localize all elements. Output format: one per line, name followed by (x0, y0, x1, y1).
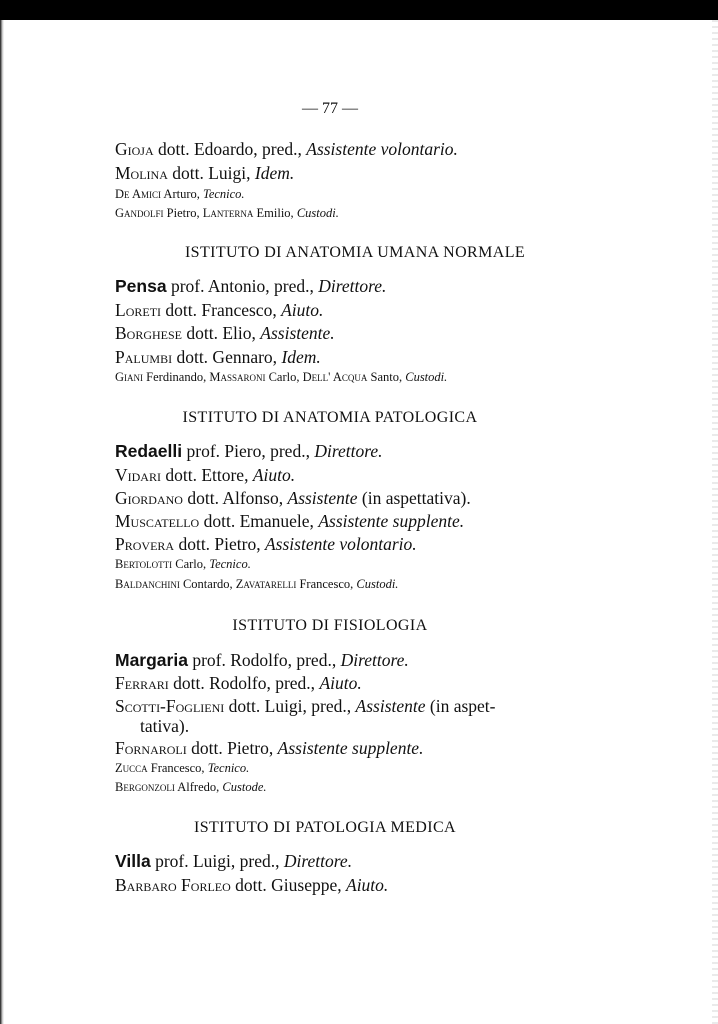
scan-right-edge (712, 20, 718, 1024)
role: Assistente volontario. (306, 139, 458, 159)
role: Assistente (288, 488, 358, 508)
entry-text: prof. Luigi, pred., (151, 851, 284, 871)
entry-text: dott. Francesco, (161, 300, 281, 320)
role: Direttore. (284, 851, 352, 871)
surname: Zucca (115, 761, 148, 775)
role: Custodi. (405, 370, 447, 384)
surname: Scotti-Foglieni (115, 696, 224, 716)
surname: Massaroni (209, 370, 265, 384)
entry-line: Ferrari dott. Rodolfo, pred., Aiuto. (115, 673, 362, 694)
role: Direttore. (318, 276, 386, 296)
surname: Lanterna (203, 206, 254, 220)
section-heading: ISTITUTO DI FISIOLOGIA (0, 617, 689, 635)
surname: Giani (115, 370, 143, 384)
section-heading: ISTITUTO DI PATOLOGIA MEDICA (0, 819, 684, 837)
entry-text: Francesco, (148, 761, 208, 775)
entry-line: Bertolotti Carlo, Tecnico. (115, 557, 251, 572)
entry-line: Villa prof. Luigi, pred., Direttore. (115, 851, 352, 872)
surname: Bertolotti (115, 557, 172, 571)
entry-continuation: tativa). (140, 716, 189, 737)
surname: Provera (115, 534, 174, 554)
entry-text: dott. Ettore, (161, 465, 253, 485)
entry-text: (in aspet- (426, 696, 496, 716)
surname: Zavatarelli (236, 577, 297, 591)
role: Custode. (222, 780, 266, 794)
entry-line: Redaelli prof. Piero, pred., Direttore. (115, 441, 383, 462)
surname: Margaria (115, 650, 188, 670)
surname: Barbaro Forleo (115, 875, 231, 895)
surname: Villa (115, 851, 151, 871)
surname: Vidari (115, 465, 161, 485)
entry-text: Arturo, (161, 187, 203, 201)
entry-text: Emilio, (253, 206, 296, 220)
role: Assistente volontario. (265, 534, 417, 554)
entry-line: Gioja dott. Edoardo, pred., Assistente v… (115, 139, 458, 160)
surname: Muscatello (115, 511, 199, 531)
entry-line: Margaria prof. Rodolfo, pred., Direttore… (115, 650, 409, 671)
entry-text: Francesco, (296, 577, 356, 591)
entry-text: prof. Antonio, pred., (167, 276, 319, 296)
entry-text: dott. Giuseppe, (231, 875, 346, 895)
entry-line: Giani Ferdinando, Massaroni Carlo, Dell'… (115, 370, 447, 385)
surname: Borghese (115, 323, 182, 343)
section-heading: ISTITUTO DI ANATOMIA UMANA NORMALE (0, 244, 714, 262)
entry-text: dott. Luigi, pred., (224, 696, 355, 716)
entry-text: Carlo, (265, 370, 302, 384)
entry-text: dott. Gennaro, (172, 347, 281, 367)
entry-line: Loreti dott. Francesco, Aiuto. (115, 300, 323, 321)
surname: Loreti (115, 300, 161, 320)
surname: Ferrari (115, 673, 169, 693)
role: Assistente supplente. (318, 511, 464, 531)
role: Direttore. (341, 650, 409, 670)
surname: Dell' Acqua (303, 370, 368, 384)
entry-line: Borghese dott. Elio, Assistente. (115, 323, 335, 344)
entry-line: Pensa prof. Antonio, pred., Direttore. (115, 276, 386, 297)
entry-text: Ferdinando, (143, 370, 209, 384)
surname: Pensa (115, 276, 167, 296)
entry-line: Muscatello dott. Emanuele, Assistente su… (115, 511, 464, 532)
entry-text: (in aspettativa). (358, 488, 471, 508)
surname: Fornaroli (115, 738, 187, 758)
entry-line: Gandolfi Pietro, Lanterna Emilio, Custod… (115, 206, 339, 221)
surname: Gandolfi (115, 206, 164, 220)
surname: Baldanchini (115, 577, 180, 591)
entry-line: Zucca Francesco, Tecnico. (115, 761, 249, 776)
role: Direttore. (314, 441, 382, 461)
surname: Palumbi (115, 347, 172, 367)
role: Idem. (281, 347, 320, 367)
surname: De Amici (115, 187, 161, 201)
entry-line: Molina dott. Luigi, Idem. (115, 163, 294, 184)
role: Assistente. (260, 323, 334, 343)
surname: Molina (115, 163, 168, 183)
role: Tecnico. (209, 557, 251, 571)
scan-top-border (0, 0, 718, 20)
entry-text: dott. Luigi, (168, 163, 255, 183)
entry-line: Baldanchini Contardo, Zavatarelli France… (115, 577, 398, 592)
role: Assistente supplente. (278, 738, 424, 758)
entry-text: dott. Pietro, (174, 534, 265, 554)
page-number: — 77 — (0, 100, 660, 118)
entry-line: Giordano dott. Alfonso, Assistente (in a… (115, 488, 471, 509)
surname: Gioja (115, 139, 154, 159)
surname: Bergonzoli (115, 780, 175, 794)
entry-text: dott. Elio, (182, 323, 260, 343)
entry-line: Fornaroli dott. Pietro, Assistente suppl… (115, 738, 423, 759)
surname: Giordano (115, 488, 183, 508)
entry-line: De Amici Arturo, Tecnico. (115, 187, 245, 202)
entry-text: prof. Piero, pred., (182, 441, 314, 461)
role: Idem. (255, 163, 294, 183)
entry-line: Vidari dott. Ettore, Aiuto. (115, 465, 295, 486)
role: Custodi. (297, 206, 339, 220)
entry-text: Alfredo, (175, 780, 223, 794)
entry-text: Contardo, (180, 577, 236, 591)
entry-text: Carlo, (172, 557, 209, 571)
scan-left-edge (0, 20, 4, 1024)
entry-text: prof. Rodolfo, pred., (188, 650, 341, 670)
entry-text: dott. Edoardo, pred., (154, 139, 307, 159)
role: Assistente (356, 696, 426, 716)
entry-text: dott. Pietro, (187, 738, 278, 758)
role: Aiuto. (346, 875, 388, 895)
entry-line: Barbaro Forleo dott. Giuseppe, Aiuto. (115, 875, 388, 896)
role: Custodi. (356, 577, 398, 591)
role: Aiuto. (253, 465, 295, 485)
entry-text: Santo, (367, 370, 405, 384)
section-heading: ISTITUTO DI ANATOMIA PATOLOGICA (0, 409, 689, 427)
entry-line: Bergonzoli Alfredo, Custode. (115, 780, 267, 795)
entry-text: Pietro, (164, 206, 203, 220)
surname: Redaelli (115, 441, 182, 461)
entry-line: Palumbi dott. Gennaro, Idem. (115, 347, 321, 368)
entry-line: Provera dott. Pietro, Assistente volonta… (115, 534, 417, 555)
entry-line: Scotti-Foglieni dott. Luigi, pred., Assi… (115, 696, 496, 717)
entry-text: dott. Alfonso, (183, 488, 288, 508)
role: Aiuto. (319, 673, 361, 693)
role: Aiuto. (281, 300, 323, 320)
entry-text: dott. Rodolfo, pred., (169, 673, 320, 693)
entry-text: dott. Emanuele, (199, 511, 318, 531)
role: Tecnico. (208, 761, 250, 775)
role: Tecnico. (203, 187, 245, 201)
